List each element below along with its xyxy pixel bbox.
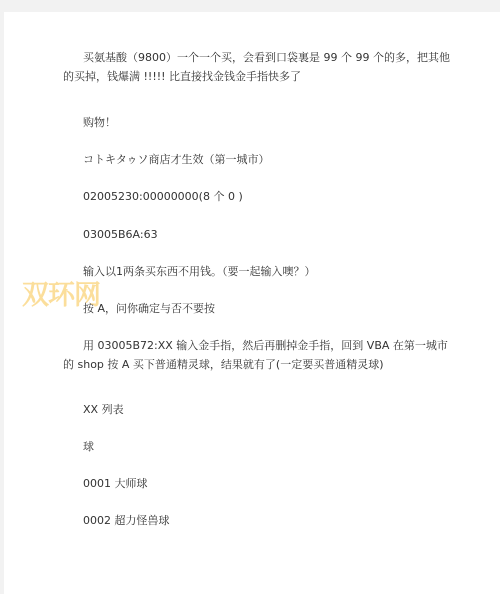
paragraph-code-2: 03005B6A:63: [83, 225, 453, 244]
list-item-master-ball: 0001 大师球: [83, 474, 453, 493]
paragraph-buy-amino-acid: 买氨基酸（9800）一个一个买，会看到口袋裏是 99 个 99 个的多，把其他的…: [63, 48, 453, 86]
paragraph-xx-list-heading: XX 列表: [83, 400, 453, 419]
paragraph-shopping: 购物！: [83, 113, 453, 132]
paragraph-cheat-instructions: 用 03005B72:XX 输入金手指，然后再删掉金手指，回到 VBA 在第一城…: [63, 336, 453, 374]
paragraph-press-a-note: 按 A，问你确定与否不要按: [83, 299, 453, 318]
paragraph-shop-location: コトキタゥソ商店才生效（第一城市）: [83, 150, 453, 169]
paragraph-input-note: 输入以1两条买东西不用钱。（要一起输入噢？）: [83, 262, 453, 281]
paragraph-ball-heading: 球: [83, 437, 453, 456]
list-item-ultra-ball: 0002 超力怪兽球: [83, 511, 453, 530]
paragraph-code-1: 02005230:00000000(8 个 0 ): [83, 187, 453, 206]
